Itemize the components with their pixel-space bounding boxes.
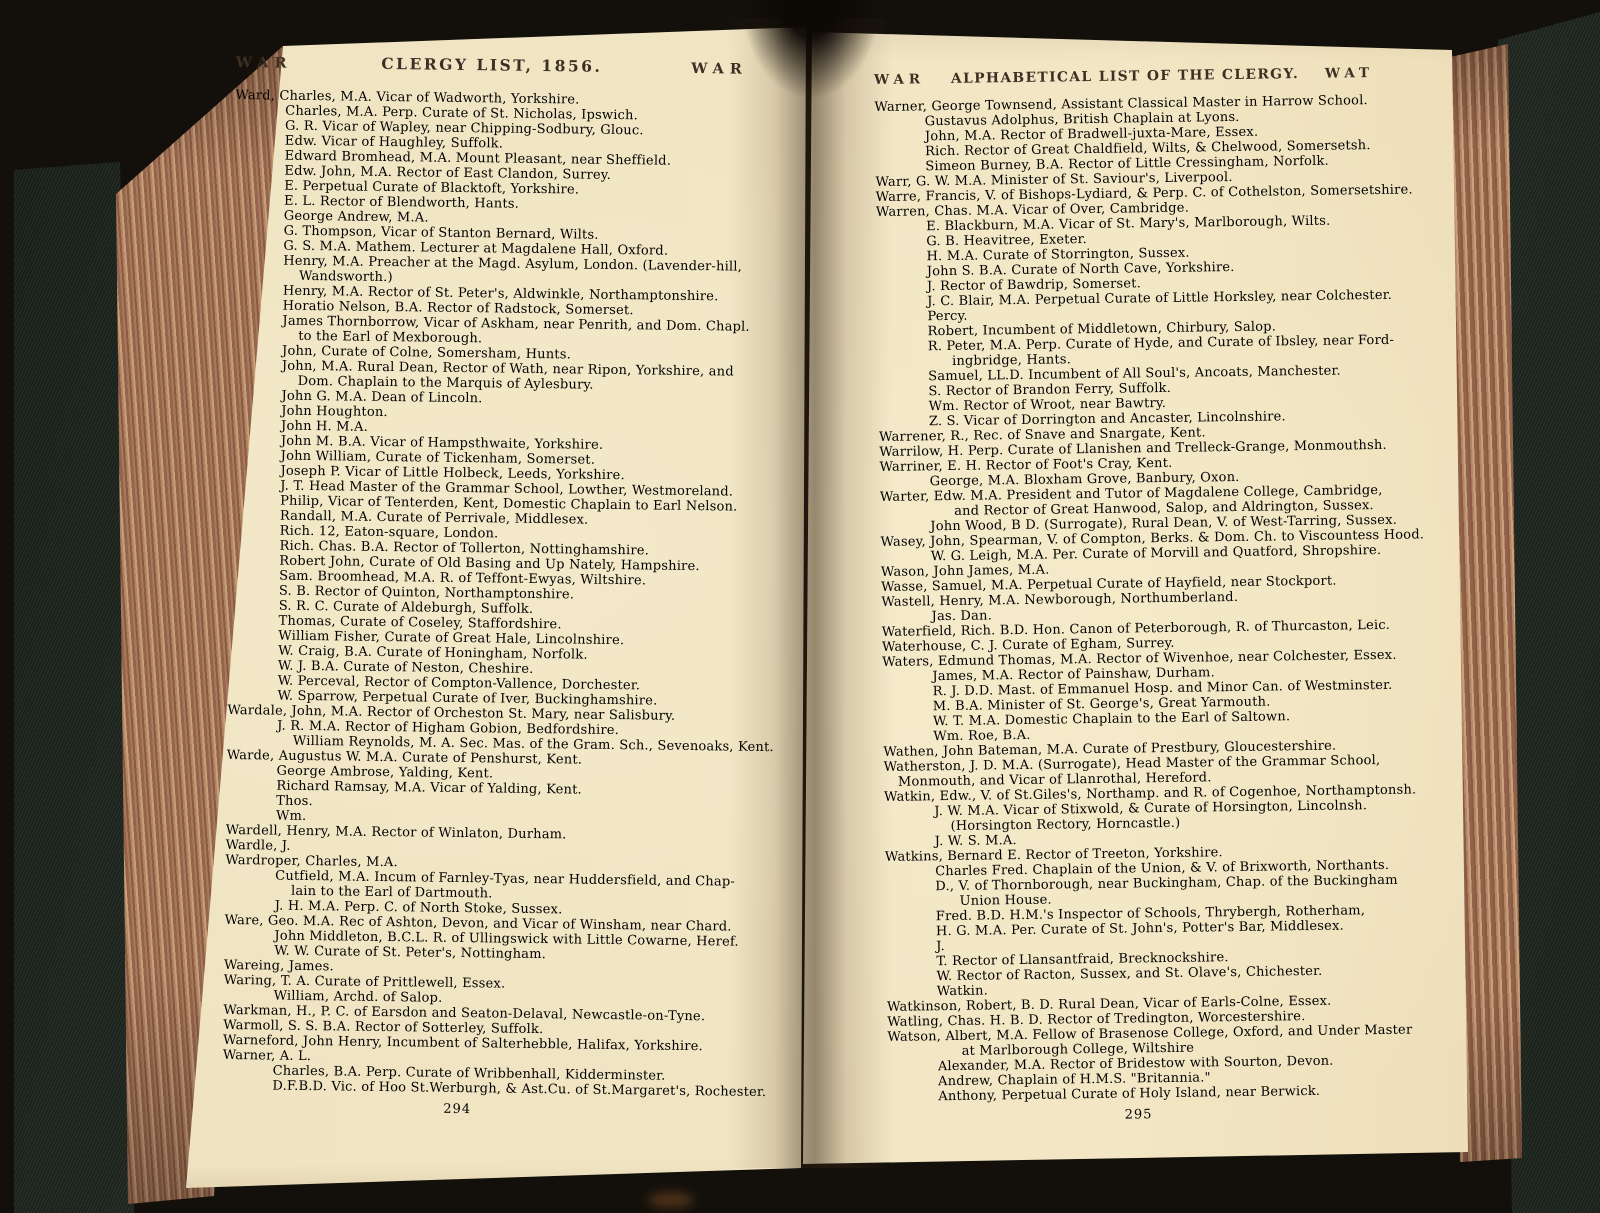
book-photo: { "palette": { "background": "#13100b", … xyxy=(0,0,1600,1213)
page-title: CLERGY LIST, 1856. xyxy=(292,53,691,77)
clergy-list-left: Ward, Charles, M.A. Vicar of Wadworth, Y… xyxy=(222,88,783,1100)
running-head-keyword-right: WAT xyxy=(1325,65,1374,82)
running-head-keyword-right: WAR xyxy=(691,60,748,78)
clergy-list-right: Warner, George Townsend, Assistant Class… xyxy=(874,92,1436,1105)
running-head-keyword-left: WAR xyxy=(874,71,925,88)
left-page-text: WAR CLERGY LIST, 1856. WAR Ward, Charles… xyxy=(222,52,784,1121)
stain-smudge xyxy=(648,1192,694,1208)
right-page-text: WAR ALPHABETICAL LIST OF THE CLERGY. WAT… xyxy=(874,64,1437,1126)
running-head-keyword-left: WAR xyxy=(236,54,293,72)
